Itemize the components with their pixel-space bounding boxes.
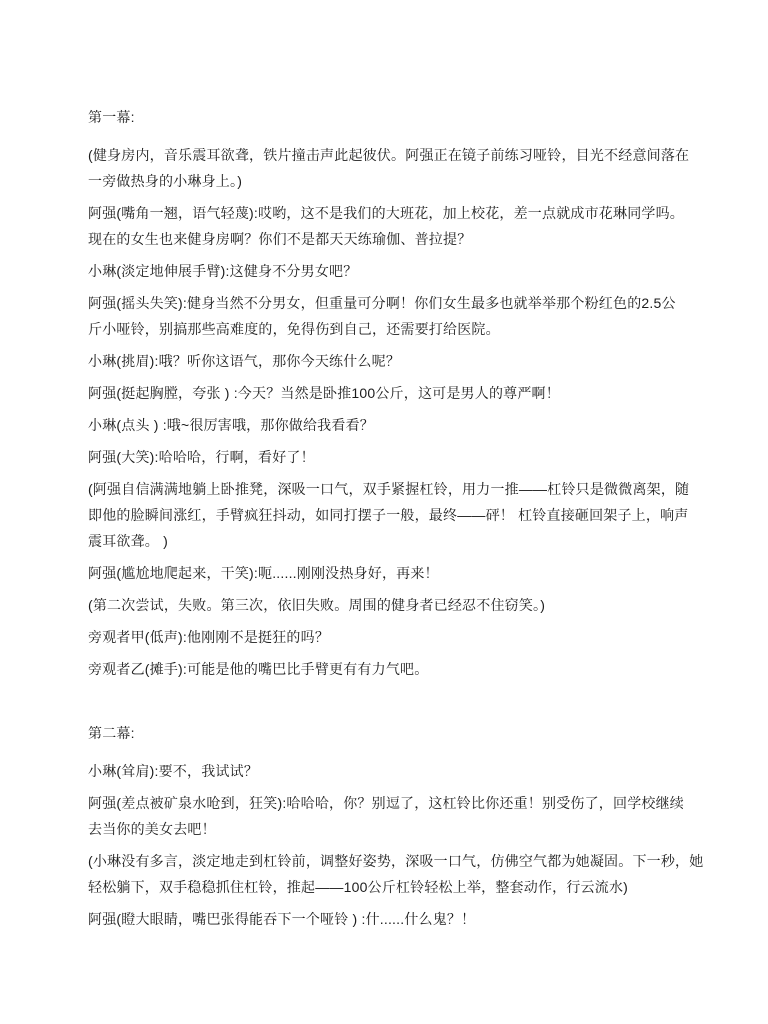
dialogue-xiaolin: 小琳(点头 ) :哦~很厉害哦，那你做给我看看？ (88, 412, 728, 438)
dialogue-aqiang: 阿强(大笑):哈哈哈，行啊，看好了！ (88, 444, 728, 470)
dialogue-aqiang: 阿强(挺起胸膛，夸张 ) :今天？当然是卧推100公斤，这可是男人的尊严啊！ (88, 380, 728, 406)
stage-direction: (小琳没有多言，淡定地走到杠铃前，调整好姿势，深吸一口气，仿佛空气都为她凝固。下… (88, 848, 728, 900)
blank-line (88, 688, 728, 714)
dialogue-aqiang: 阿强(尴尬地爬起来，干笑):呃......刚刚没热身好，再来！ (88, 560, 728, 586)
dialogue-bystander-b: 旁观者乙(摊手):可能是他的嘴巴比手臂更有有力气吧。 (88, 656, 728, 682)
document-page: 第一幕: (健身房内，音乐震耳欲聋，铁片撞击声此起彼伏。阿强正在镜子前练习哑铃，… (0, 0, 768, 1024)
act-two-heading: 第二幕: (88, 720, 728, 746)
dialogue-xiaolin: 小琳(淡定地伸展手臂):这健身不分男女吧？ (88, 258, 728, 284)
dialogue-xiaolin: 小琳(挑眉):哦？听你这语气，那你今天练什么呢？ (88, 348, 728, 374)
script-content: 第一幕: (健身房内，音乐震耳欲聋，铁片撞击声此起彼伏。阿强正在镜子前练习哑铃，… (88, 104, 728, 938)
dialogue-aqiang: 阿强(嘴角一翘，语气轻蔑):哎哟，这不是我们的大班花，加上校花，差一点就成市花琳… (88, 200, 728, 252)
stage-direction: (第二次尝试，失败。第三次，依旧失败。周围的健身者已经忍不住窃笑。) (88, 592, 728, 618)
dialogue-aqiang: 阿强(差点被矿泉水呛到，狂笑):哈哈哈，你？别逗了，这杠铃比你还重！别受伤了，回… (88, 790, 728, 842)
act-one-heading: 第一幕: (88, 104, 728, 130)
dialogue-aqiang: 阿强(摇头失笑):健身当然不分男女，但重量可分啊！你们女生最多也就举举那个粉红色… (88, 290, 728, 342)
dialogue-xiaolin: 小琳(耸肩):要不，我试试？ (88, 758, 728, 784)
stage-direction: (健身房内，音乐震耳欲聋，铁片撞击声此起彼伏。阿强正在镜子前练习哑铃，目光不经意… (88, 142, 728, 194)
dialogue-bystander-a: 旁观者甲(低声):他刚刚不是挺狂的吗？ (88, 624, 728, 650)
stage-direction: (阿强自信满满地躺上卧推凳，深吸一口气，双手紧握杠铃，用力一推——杠铃只是微微离… (88, 476, 728, 554)
dialogue-aqiang: 阿强(瞪大眼睛，嘴巴张得能吞下一个哑铃 ) :什......什么鬼？！ (88, 906, 728, 932)
